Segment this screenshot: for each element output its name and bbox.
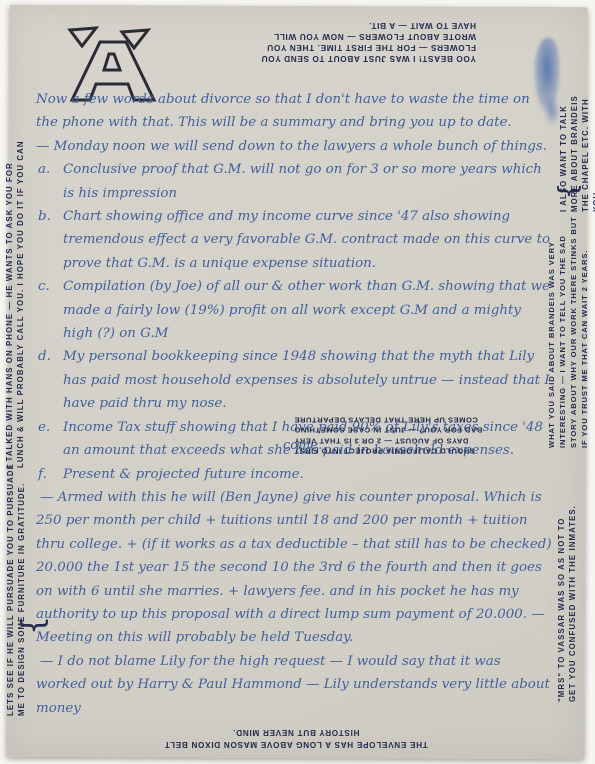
bottom-note-line: HISTORY BUT NEVER MIND. xyxy=(128,727,464,739)
item-marker: e. xyxy=(38,416,50,439)
list-item-f: f. Present & projected future income. xyxy=(36,463,552,486)
item-marker: a. xyxy=(38,158,50,181)
item-text: Conclusive proof that G.M. will not go o… xyxy=(63,162,542,200)
list-item-a: a. Conclusive proof that G.M. will not g… xyxy=(36,158,552,205)
item-text: Compilation (by Joe) of all our & other … xyxy=(63,279,550,341)
margin-note-line: YOU. xyxy=(591,54,595,212)
scanned-letter-page: { "letter": { "monogram": "A", "ink_colo… xyxy=(0,0,595,764)
mid-note-line: SHOULD CALIFORNIA PROJECT INTO FIRST xyxy=(294,445,556,455)
top-note-line: FLOWERS — FOR THE FIRST TIME. THEN YOU xyxy=(258,42,476,53)
item-marker: d. xyxy=(38,345,51,368)
item-text: Present & projected future income. xyxy=(63,467,304,482)
come-annotation: come. xyxy=(283,438,322,453)
margin-note-line: "MRS" TO VASSAR WAS SO AS NOT TO xyxy=(556,464,567,702)
list-item-c: c. Compilation (by Joe) of all our & oth… xyxy=(36,275,552,345)
letter-body: Now a few words about divorce so that I … xyxy=(36,88,552,720)
paragraph-intro: Now a few words about divorce so that I … xyxy=(36,88,552,135)
top-note-line: YOO BEAST! I WAS JUST ABOUT TO SEND YOU xyxy=(258,53,476,64)
mid-note-flipped: SHOULD CALIFORNIA PROJECT INTO FIRST DAY… xyxy=(294,414,556,456)
bottom-note-flipped: THE ENVELOPE HAS A LONG ABOVE MASON DIXO… xyxy=(128,727,464,750)
margin-note-line: LETS SEE IF HE WILL PURSUADE YOU TO PURS… xyxy=(5,440,16,716)
margin-note-line: ME TO DESIGN SOME FURNITURE IN GRATITUDE… xyxy=(16,440,27,716)
item-marker: c. xyxy=(38,275,50,298)
item-text: My personal bookkeeping since 1948 showi… xyxy=(63,349,550,411)
mid-note-line: COMES UP HERE THAT DELAYS DEPARTURE xyxy=(294,414,556,424)
paragraph-counter-proposal: — Armed with this he will (Ben Jayne) gi… xyxy=(36,486,552,650)
list-item-b: b. Chart showing office and my income cu… xyxy=(36,205,552,275)
mid-note-line: DAYS OF AUGUST — 2 OR 3 IS THAT VERY xyxy=(294,435,556,445)
item-text: Chart showing office and my income curve… xyxy=(63,209,550,271)
mid-note-line: BAD FOR YOU? — JUST IN CASE SOMETHING xyxy=(294,424,556,434)
bottom-note-line: THE ENVELOPE HAS A LONG ABOVE MASON DIXO… xyxy=(128,739,464,751)
brace-mark: { xyxy=(553,183,583,200)
paragraph-monday: — Monday noon we will send down to the l… xyxy=(36,135,552,158)
top-note-line: HAVE TO WAIT — A BIT. xyxy=(258,20,476,31)
item-marker: b. xyxy=(38,205,51,228)
list-item-d: d. My personal bookkeeping since 1948 sh… xyxy=(36,345,552,415)
right-margin-note-mrs: "MRS" TO VASSAR WAS SO AS NOT TO GET YOU… xyxy=(556,464,578,702)
margin-note-line: I TALKED WITH HANS ON PHONE — HE WANTS T… xyxy=(4,116,15,468)
top-note-flipped: YOO BEAST! I WAS JUST ABOUT TO SEND YOU … xyxy=(258,20,476,64)
top-note-line: WROTE ABOUT FLOWERS — NOW YOU WILL xyxy=(258,31,476,42)
paragraph-blame: — I do not blame Lily for the high reque… xyxy=(36,650,552,720)
margin-note-line: LUNCH & WILL PROBABLY CALL YOU. I HOPE Y… xyxy=(15,116,26,468)
brace-mark: { xyxy=(16,616,51,635)
left-margin-note-furniture: LETS SEE IF HE WILL PURSUADE YOU TO PURS… xyxy=(5,440,27,716)
margin-note-line: GET YOU CONFUSED WITH THE INMATES. xyxy=(567,464,578,702)
item-marker: f. xyxy=(38,463,47,486)
left-margin-note-hans: I TALKED WITH HANS ON PHONE — HE WANTS T… xyxy=(4,116,26,468)
